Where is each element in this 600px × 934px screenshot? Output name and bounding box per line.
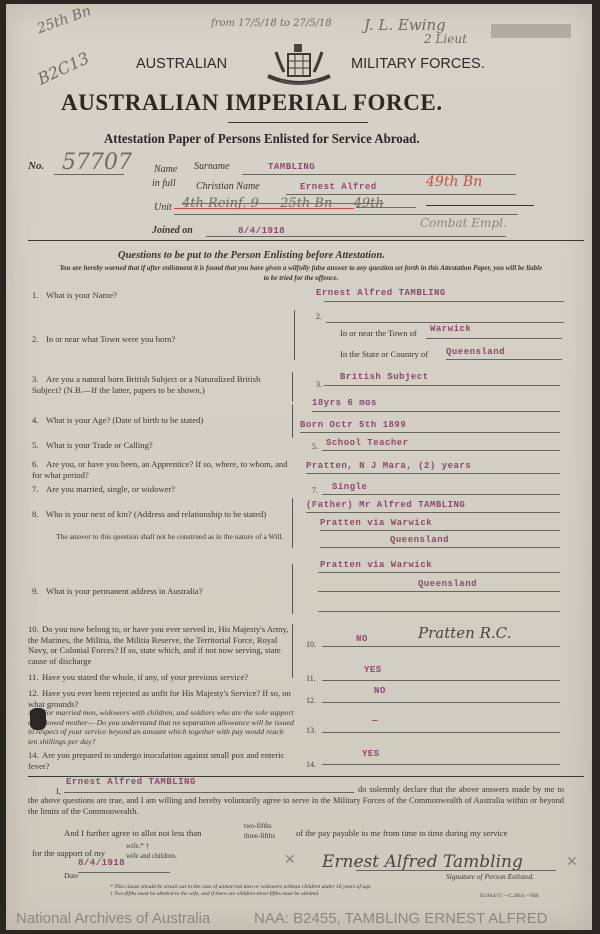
footnote-1: * This clause should be struck out in th… <box>110 884 372 891</box>
answer-line-4a <box>312 411 560 412</box>
cross-mark-right: ✕ <box>566 854 578 871</box>
footnote-2: † Two-fifths must be allotted to the wif… <box>110 891 319 898</box>
answer-9-line1: Pratten via Warwick <box>320 560 432 570</box>
signature-label: Signature of Person Enlisted. <box>446 872 534 883</box>
option-wife: wife.* † <box>126 842 149 850</box>
answer-line-8c <box>320 547 560 548</box>
answer-num-3: 3. <box>316 380 322 389</box>
unit-note-combat: Combat Empl. <box>420 216 507 230</box>
annotation-code: B2C13 <box>35 48 92 88</box>
state-line <box>446 359 562 360</box>
answer-line-9a <box>318 572 560 573</box>
watermark-citation: NAA: B2455, TAMBLING ERNEST ALFRED <box>254 910 547 927</box>
unit-label: Unit <box>154 202 172 213</box>
date-label: Date <box>64 871 79 882</box>
town-label: In or near the Town of <box>340 328 417 339</box>
number-line <box>54 174 124 175</box>
surname-label: Surname <box>194 161 230 172</box>
answer-line-1 <box>324 301 564 302</box>
surname-value: TAMBLING <box>268 162 315 172</box>
allotment-text-a: And I further agree to allot not less th… <box>64 828 201 839</box>
enlistee-signature: Ernest Alfred Tambling <box>322 852 523 872</box>
answer-8-line1: (Father) Mr Alfred TAMBLING <box>306 500 465 510</box>
fraction-two-fifths: two-fifths <box>244 822 272 830</box>
answer-line-9b <box>318 591 560 592</box>
in-full-label: in full <box>152 178 176 189</box>
town-value: Warwick <box>430 324 471 334</box>
strike-red <box>174 208 354 209</box>
christian-name-label: Christian Name <box>196 181 260 192</box>
brace <box>294 310 295 360</box>
watermark-archives: National Archives of Australia <box>16 910 210 927</box>
state-value: Queensland <box>446 347 505 357</box>
question-8: 8.Who is your next of kin? (Address and … <box>32 509 294 520</box>
crest-icon <box>262 42 336 90</box>
answer-num-10: 10. <box>306 640 316 649</box>
support-text: for the support of my <box>32 848 105 859</box>
question-10: 10.Do you now belong to, or have you eve… <box>28 624 294 666</box>
title-divider <box>228 122 368 123</box>
answer-4-age: 18yrs 6 mos <box>312 398 377 408</box>
christian-name-value: Ernest Alfred <box>300 182 377 192</box>
main-title: AUSTRALIAN IMPERIAL FORCE. <box>61 90 443 116</box>
answer-line-2a <box>326 322 564 323</box>
ink-blot <box>30 708 46 730</box>
answer-4-dob: Born Octr 5th 1899 <box>300 420 406 430</box>
joined-line <box>206 236 506 237</box>
questions-title: Questions to be put to the Person Enlist… <box>118 250 385 261</box>
regimental-number: 57707 <box>62 150 132 175</box>
section-divider <box>28 240 584 241</box>
answer-7: Single <box>332 482 367 492</box>
cross-mark-left: ✕ <box>284 852 296 869</box>
answer-num-2: 2. <box>316 312 322 321</box>
question-3: 3.Are you a natural born British Subject… <box>32 374 288 395</box>
answer-12: NO <box>374 686 386 696</box>
question-14: 14.Are you prepared to undergo inoculati… <box>28 750 294 771</box>
annotation-rank: 2 Lieut <box>424 32 467 46</box>
question-5: 5.What is your Trade or Calling? <box>32 440 153 451</box>
brace <box>292 564 293 614</box>
answer-5: School Teacher <box>326 438 409 448</box>
answer-line-10 <box>322 646 560 647</box>
answer-9-line2: Queensland <box>418 579 477 589</box>
answer-line-11 <box>322 680 560 681</box>
answer-line-6 <box>306 473 560 474</box>
attestation-paper: 25th Bn B2C13 from 17/5/18 to 27/5/18 J.… <box>6 4 592 930</box>
answer-num-11: 11. <box>306 674 316 683</box>
answer-6: Pratten, N J Mara, (2) years <box>306 461 471 471</box>
strike-blue <box>356 207 416 208</box>
answer-num-14: 14. <box>306 760 316 769</box>
answer-num-5: 5. <box>312 442 318 451</box>
question-9: 9.What is your permanent address in Aust… <box>32 586 203 597</box>
answer-line-7 <box>322 494 560 495</box>
answer-14: YES <box>362 749 380 759</box>
struck-annotation <box>491 24 571 38</box>
number-label: No. <box>28 160 44 172</box>
allotment-text-b: of the pay payable to me from time to ti… <box>296 828 507 839</box>
warning-text: You are hereby warned that if after enli… <box>58 263 544 283</box>
date-line <box>78 872 170 873</box>
answer-8-line3: Queensland <box>390 535 449 545</box>
answer-1: Ernest Alfred TAMBLING <box>316 288 446 298</box>
question-12: 12.Have you ever been rejected as unfit … <box>28 688 294 709</box>
brace <box>292 372 293 402</box>
answer-num-13: 13. <box>306 726 316 735</box>
answer-line-14 <box>322 764 560 765</box>
annotation-bn: 25th Bn <box>35 3 93 37</box>
question-13: 13.For married men, widowers with childr… <box>28 708 294 746</box>
name-label: Name <box>154 164 177 175</box>
answer-10-note: Pratten R.C. <box>418 624 511 642</box>
state-label: In the State or Country of <box>340 349 428 360</box>
declaration-date: 8/4/1918 <box>78 858 125 868</box>
option-wife-children: wife and children. <box>126 852 177 860</box>
answer-num-7: 7. <box>312 486 318 495</box>
question-7: 7.Are you married, single, or widower? <box>32 484 175 495</box>
annotation-dates: from 17/5/18 to 27/5/18 <box>211 18 332 29</box>
header-right-title: MILITARY FORCES. <box>351 56 485 72</box>
answer-line-3 <box>324 385 560 386</box>
subtitle: Attestation Paper of Persons Enlisted fo… <box>104 132 420 148</box>
print-code: D.5614/17.—C.2014.—938. <box>480 891 539 902</box>
answer-line-12 <box>322 702 560 703</box>
unit-note-49th: 49th Bn <box>426 174 482 190</box>
answer-11: YES <box>364 665 382 675</box>
fraction-three-fifths: three-fifths <box>244 832 275 840</box>
town-line <box>426 338 562 339</box>
question-1: 1.What is your Name? <box>32 290 117 301</box>
christian-line <box>286 194 516 195</box>
signature-line <box>356 870 556 871</box>
question-6: 6.Are you, or have you been, an Apprenti… <box>32 459 294 480</box>
question-4: 4.What is your Age? (Date of birth to be… <box>32 415 203 426</box>
answer-line-4b <box>300 432 560 433</box>
answer-line-13 <box>322 732 560 733</box>
answer-line-5 <box>322 450 560 451</box>
question-8-note: The answer to this question shall not be… <box>56 532 294 541</box>
answer-line-8b <box>320 530 560 531</box>
question-2: 2.In or near what Town were you born? <box>32 334 175 345</box>
strike-black <box>426 205 534 206</box>
answer-13: — <box>372 716 378 726</box>
joined-label: Joined on <box>152 225 193 236</box>
question-11: 11.Have you stated the whole, if any, of… <box>28 672 248 683</box>
declaration-text: do solemnly declare that the above answe… <box>28 784 564 817</box>
brace <box>292 404 293 438</box>
answer-num-12: 12. <box>306 696 316 705</box>
answer-10: NO <box>356 634 368 644</box>
answer-line-8a <box>306 512 560 513</box>
brace <box>292 498 293 548</box>
unit-line <box>174 214 518 215</box>
answer-3: British Subject <box>340 372 429 382</box>
answer-8-line2: Pratten via Warwick <box>320 518 432 528</box>
brace <box>292 624 293 678</box>
joined-value: 8/4/1918 <box>238 226 285 236</box>
answer-line-9c <box>318 611 560 612</box>
header-left-title: AUSTRALIAN <box>136 56 227 72</box>
